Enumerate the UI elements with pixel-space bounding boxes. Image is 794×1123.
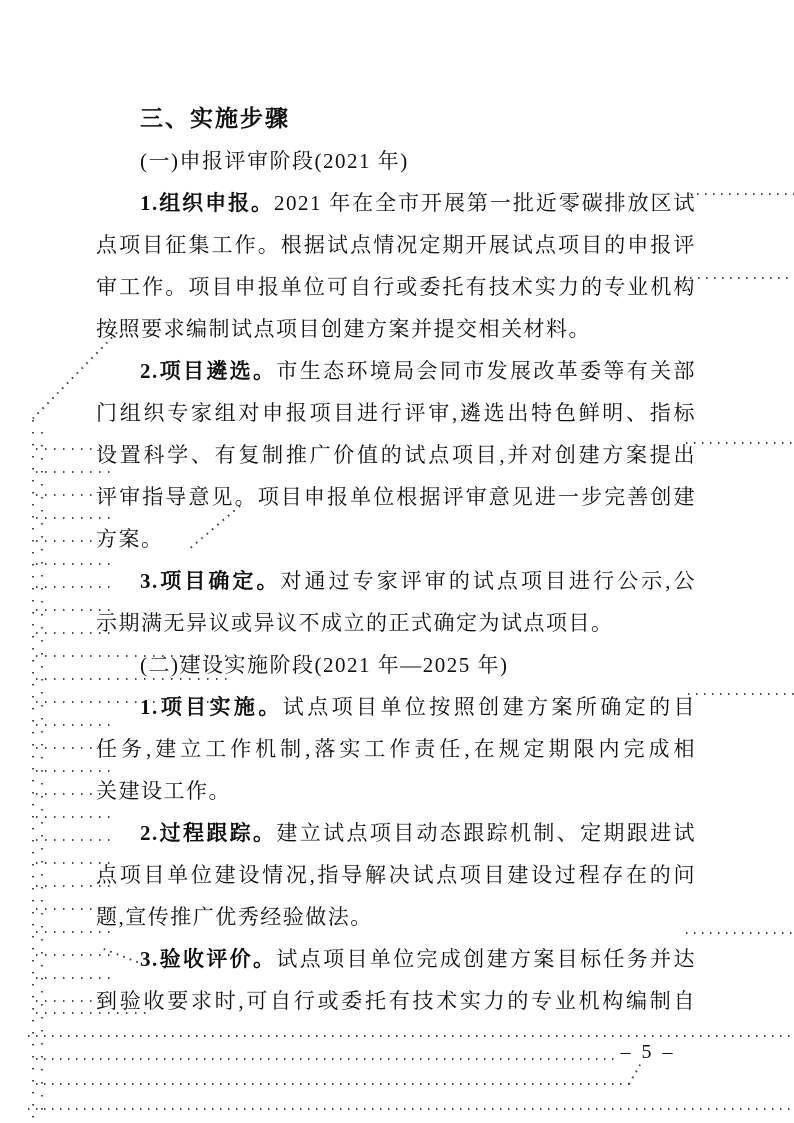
scan-noise-dots bbox=[686, 442, 794, 444]
page-number: – 5 – bbox=[593, 1040, 703, 1064]
bold-lead-in: 3.验收评价。 bbox=[140, 947, 276, 971]
scan-noise-dots bbox=[686, 932, 794, 934]
document-page: 三、实施步骤(一)申报评审阶段(2021 年)1.组织申报。2021 年在全市开… bbox=[0, 0, 794, 1123]
text-segment: 方案。 bbox=[96, 527, 164, 551]
scan-noise-dots bbox=[32, 420, 34, 1118]
text-segment: (一)申报评审阶段(2021 年) bbox=[140, 149, 409, 173]
scan-noise-dots bbox=[626, 1064, 641, 1088]
text-segment: 2021 年在全市开展第一批近零碳排放区试 bbox=[274, 191, 696, 215]
text-segment: 到验收要求时,可自行或委托有技术实力的专业机构编制自 bbox=[96, 989, 696, 1013]
text-segment: 审工作。项目申报单位可自行或委托有技术实力的专业机构 bbox=[96, 275, 696, 299]
scan-noise-dots bbox=[690, 277, 794, 279]
text-segment: 点项目单位建设情况,指导解决试点项目建设过程存在的问 bbox=[96, 863, 696, 887]
text-line: 任务,建立工作机制,落实工作责任,在规定期限内完成相 bbox=[96, 728, 696, 770]
scan-noise-dots bbox=[28, 1108, 794, 1110]
scan-noise-dots bbox=[697, 193, 794, 195]
text-line: 评审指导意见。项目申报单位根据评审意见进一步完善创建 bbox=[96, 476, 696, 518]
text-line: 1.组织申报。2021 年在全市开展第一批近零碳排放区试 bbox=[96, 182, 696, 224]
text-line: 2.项目遴选。市生态环境局会同市发展改革委等有关部 bbox=[96, 350, 696, 392]
scan-noise-dots bbox=[28, 1035, 794, 1037]
text-segment: 任务,建立工作机制,落实工作责任,在规定期限内完成相 bbox=[96, 737, 696, 761]
text-line: 题,宣传推广优秀经验做法。 bbox=[96, 896, 696, 938]
document-body: 三、实施步骤(一)申报评审阶段(2021 年)1.组织申报。2021 年在全市开… bbox=[96, 98, 696, 1022]
scan-noise-dots bbox=[36, 1083, 630, 1085]
text-line: 3.项目确定。对通过专家评审的试点项目进行公示,公 bbox=[96, 560, 696, 602]
bold-lead-in: 2.项目遴选。 bbox=[140, 359, 276, 383]
text-line: 方案。 bbox=[96, 518, 696, 560]
text-segment: 门组织专家组对申报项目进行评审,遴选出特色鲜明、指标 bbox=[96, 401, 696, 425]
text-segment: 设置科学、有复制推广价值的试点项目,并对创建方案提出 bbox=[96, 443, 696, 467]
text-line: 3.验收评价。试点项目单位完成创建方案目标任务并达 bbox=[96, 938, 696, 980]
section-heading: 三、实施步骤 bbox=[96, 98, 696, 140]
scan-noise-dots bbox=[36, 1058, 614, 1060]
scan-noise-dots bbox=[688, 693, 794, 695]
text-line: (一)申报评审阶段(2021 年) bbox=[96, 140, 696, 182]
text-segment: 评审指导意见。项目申报单位根据评审意见进一步完善创建 bbox=[96, 485, 696, 509]
text-line: 门组织专家组对申报项目进行评审,遴选出特色鲜明、指标 bbox=[96, 392, 696, 434]
text-segment: 关建设工作。 bbox=[96, 779, 231, 803]
text-segment: 示期满无异议或异议不成立的正式确定为试点项目。 bbox=[96, 611, 614, 635]
bold-lead-in: 三、实施步骤 bbox=[140, 106, 290, 131]
scan-noise-dots bbox=[41, 432, 43, 1120]
text-line: 按照要求编制试点项目创建方案并提交相关材料。 bbox=[96, 308, 696, 350]
text-segment: 市生态环境局会同市发展改革委等有关部 bbox=[276, 359, 696, 383]
text-segment: 按照要求编制试点项目创建方案并提交相关材料。 bbox=[96, 317, 591, 341]
text-line: 点项目单位建设情况,指导解决试点项目建设过程存在的问 bbox=[96, 854, 696, 896]
text-line: 审工作。项目申报单位可自行或委托有技术实力的专业机构 bbox=[96, 266, 696, 308]
text-line: 2.过程跟踪。建立试点项目动态跟踪机制、定期跟进试 bbox=[96, 812, 696, 854]
bold-lead-in: 1.组织申报。 bbox=[140, 191, 274, 215]
text-segment: 题,宣传推广优秀经验做法。 bbox=[96, 905, 373, 929]
text-line: 关建设工作。 bbox=[96, 770, 696, 812]
bold-lead-in: 2.过程跟踪。 bbox=[140, 821, 276, 845]
text-segment: 试点项目单位完成创建方案目标任务并达 bbox=[276, 947, 696, 971]
text-segment: 建立试点项目动态跟踪机制、定期跟进试 bbox=[276, 821, 696, 845]
text-line: 示期满无异议或异议不成立的正式确定为试点项目。 bbox=[96, 602, 696, 644]
text-line: 到验收要求时,可自行或委托有技术实力的专业机构编制自 bbox=[96, 980, 696, 1022]
text-segment: 点项目征集工作。根据试点情况定期开展试点项目的申报评 bbox=[96, 233, 696, 257]
bold-lead-in: 3.项目确定。 bbox=[140, 569, 281, 593]
text-line: 点项目征集工作。根据试点情况定期开展试点项目的申报评 bbox=[96, 224, 696, 266]
text-line: 1.项目实施。试点项目单位按照创建方案所确定的目标、 bbox=[96, 686, 696, 728]
text-segment: 对通过专家评审的试点项目进行公示,公 bbox=[281, 569, 696, 593]
text-line: (二)建设实施阶段(2021 年—2025 年) bbox=[96, 644, 696, 686]
text-line: 设置科学、有复制推广价值的试点项目,并对创建方案提出 bbox=[96, 434, 696, 476]
bold-lead-in: 1.项目实施。 bbox=[140, 695, 283, 719]
text-segment: (二)建设实施阶段(2021 年—2025 年) bbox=[140, 653, 508, 677]
